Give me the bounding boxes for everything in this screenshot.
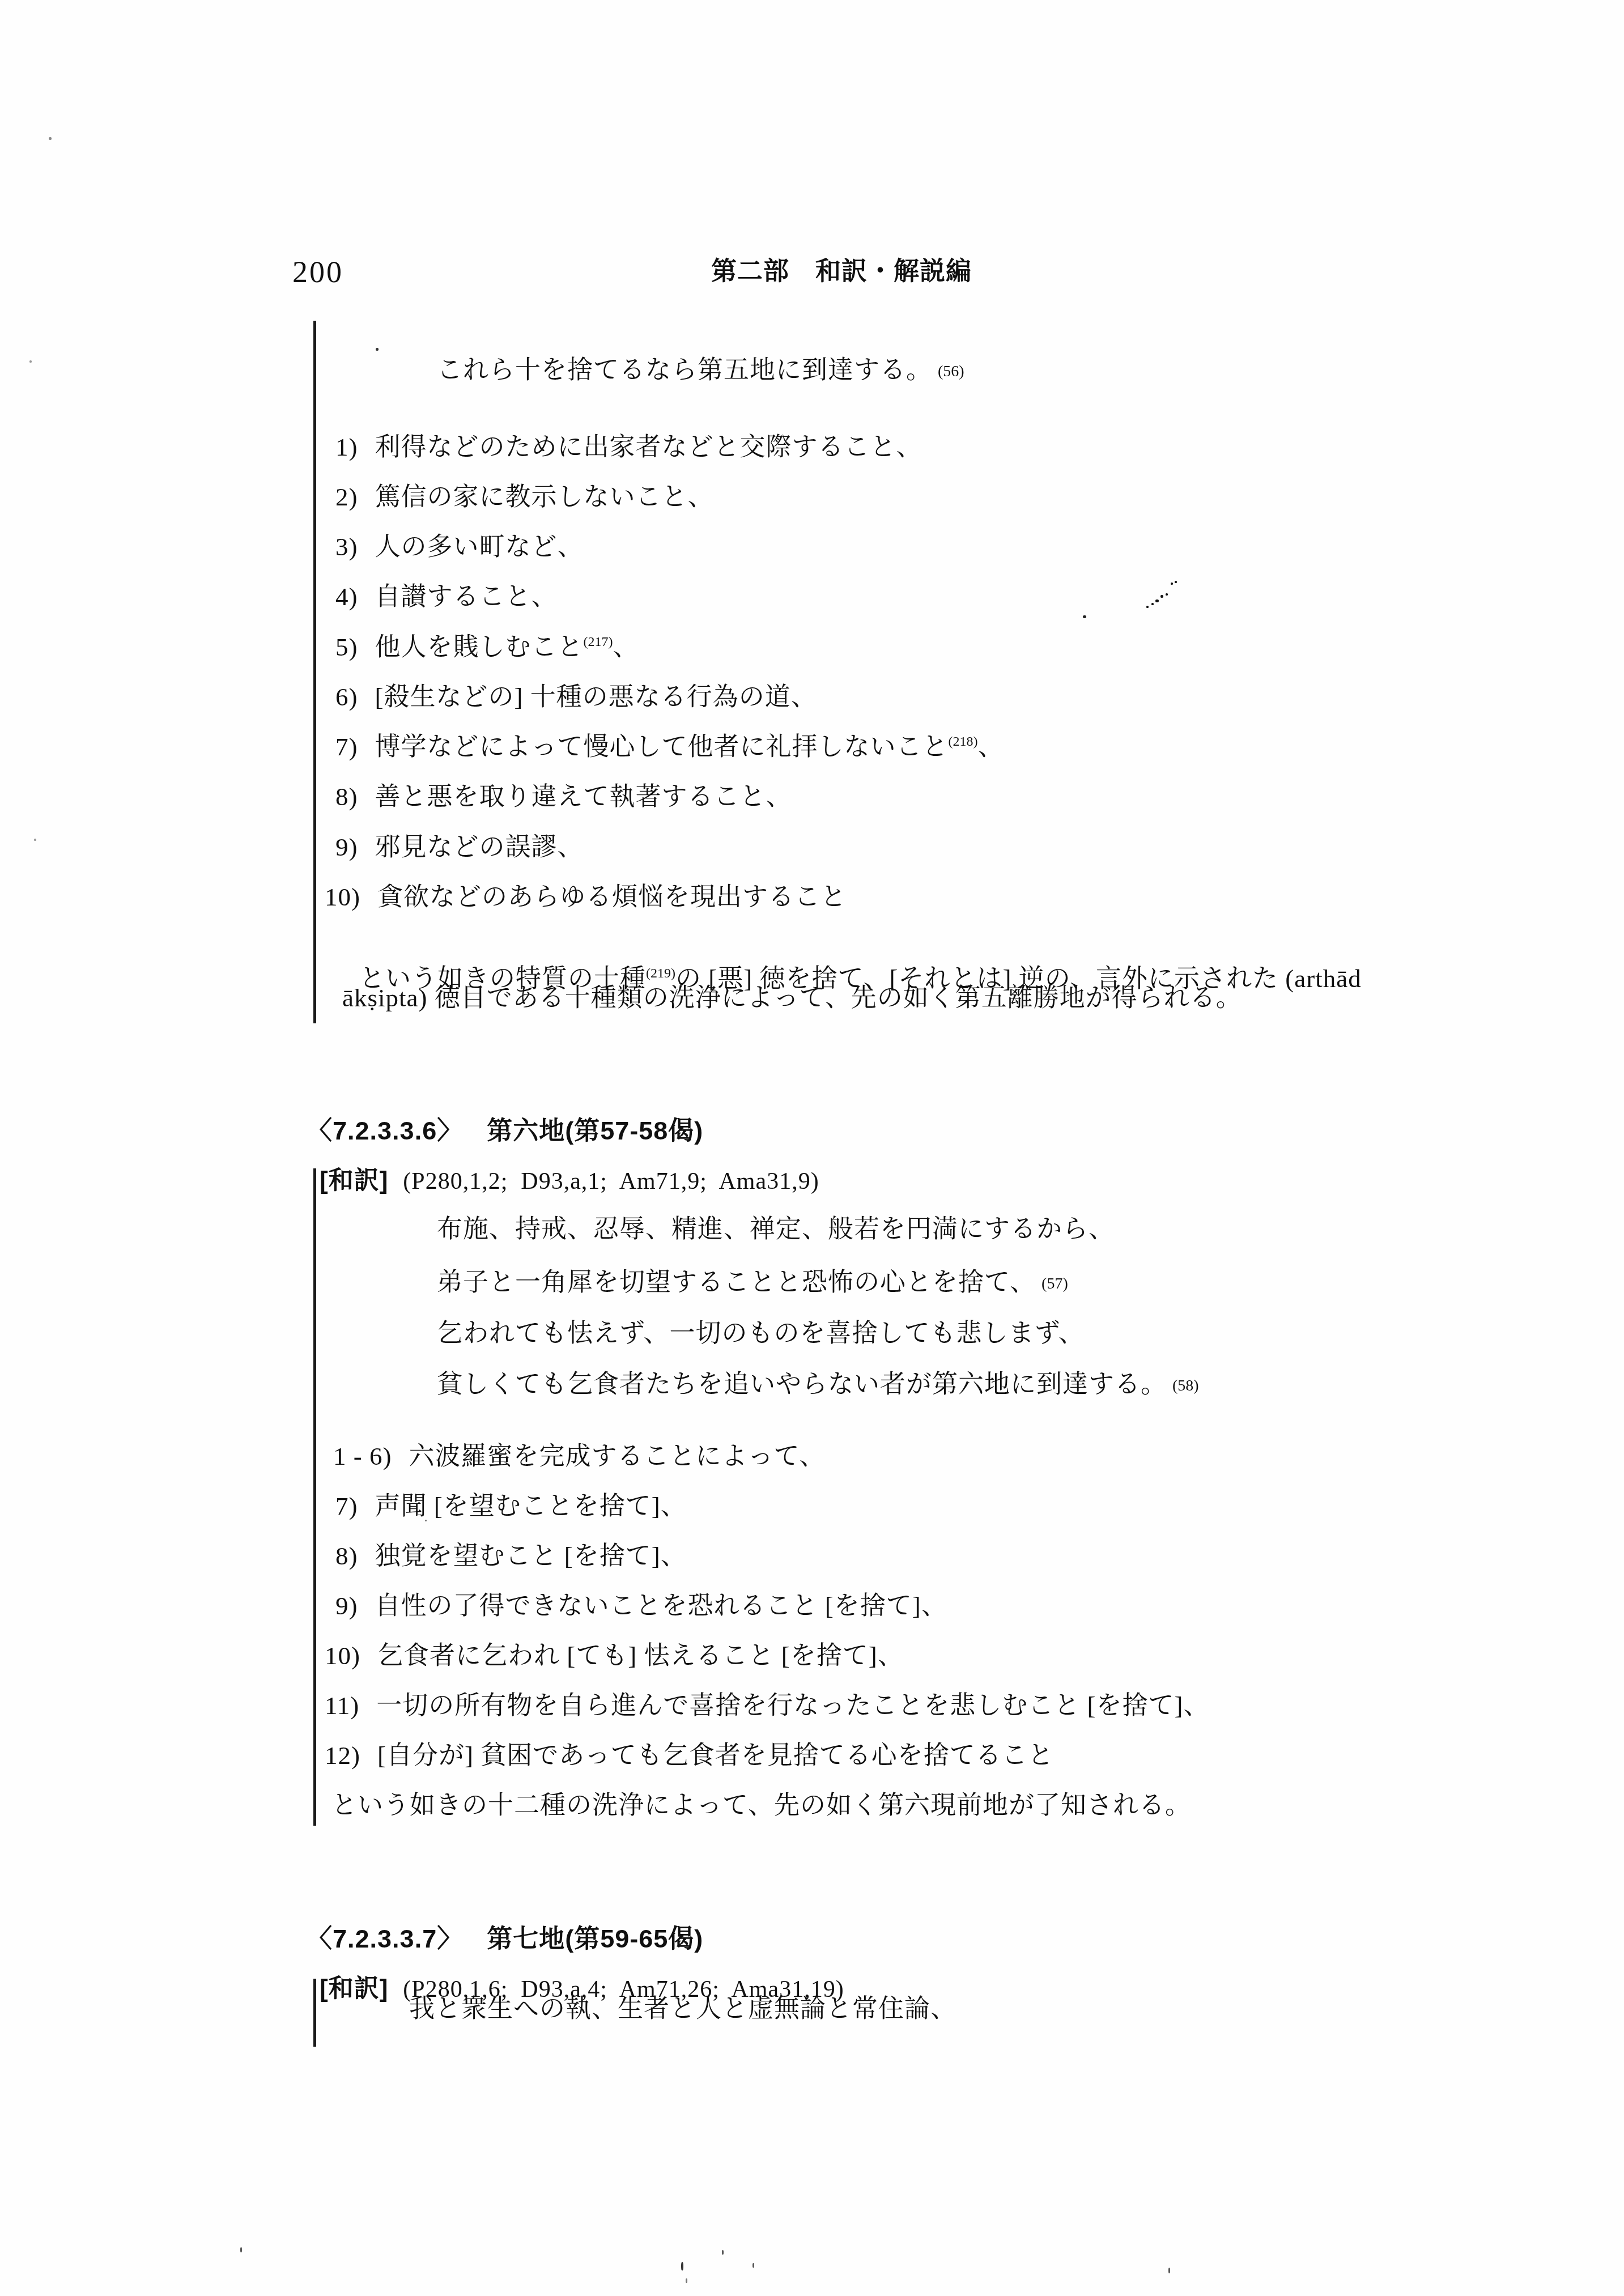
item-text: 自讃すること、 <box>375 582 558 611</box>
scan-speck <box>1083 615 1086 618</box>
item-number: 7) <box>335 732 358 762</box>
item-text: 一切の所有物を自ら進んで喜捨を行なったことを悲しむこと [を捨て]、 <box>376 1691 1209 1720</box>
scan-speck <box>1168 2268 1170 2273</box>
item-number: 9) <box>335 1591 358 1621</box>
list-item: 4)自讃すること、 <box>335 581 558 612</box>
list-item: 7)声聞 [を望むことを捨て]、 <box>335 1491 687 1521</box>
item-text: 邪見などの誤謬、 <box>375 833 584 861</box>
scan-speck <box>722 2250 724 2255</box>
scan-speck <box>240 2247 242 2252</box>
scan-speck <box>833 1320 835 1322</box>
item-number: 9) <box>335 832 358 862</box>
scan-speck <box>1146 606 1149 608</box>
scan-speck <box>1155 599 1159 602</box>
verse-quote: これら十を捨てるなら第五地に到達する。(56) <box>409 324 964 416</box>
item-number: 1 - 6) <box>333 1441 392 1472</box>
verse-line: 我と衆生への執、生者と人と虚無論と常住論、 <box>409 1993 956 2024</box>
item-number: 10) <box>325 882 360 912</box>
list-item: 6)[殺生などの] 十種の悪なる行為の道、 <box>335 682 817 712</box>
item-text: 他人を賎しむこと <box>375 633 584 661</box>
list-item: 9)自性の了得できないことを恐れること [を捨て]、 <box>335 1591 947 1621</box>
list-item: 2)篤信の家に教示しないこと、 <box>335 482 714 512</box>
list-item: 9)邪見などの誤謬、 <box>335 832 584 862</box>
verse-line: 貧しくても乞食者たちを追いやらない者が第六地に到達する。(58) <box>409 1338 1199 1430</box>
list-item: 11)一切の所有物を自ら進んで喜捨を行なったことを悲しむこと [を捨て]、 <box>325 1690 1210 1721</box>
scan-speck <box>1175 581 1177 583</box>
scan-speck <box>1160 595 1163 598</box>
scan-speck <box>29 360 32 363</box>
item-text: 声聞 [を望むことを捨て]、 <box>375 1492 687 1520</box>
list-item: 8)独覚を望むこと [を捨て]、 <box>335 1541 687 1571</box>
scan-speck <box>34 839 36 841</box>
item-number: 5) <box>335 632 358 662</box>
verse-number: (56) <box>938 363 964 380</box>
item-text: 六波羅蜜を完成することによって、 <box>409 1442 825 1470</box>
item-number: 8) <box>335 1541 358 1571</box>
item-text: 善と悪を取り違えて執著すること、 <box>375 783 792 811</box>
item-text: 博学などによって慢心して他者に礼拝しないこと <box>375 733 949 761</box>
scan-speck <box>681 2262 683 2271</box>
closing-paragraph-line: ākṣipta) 徳目である十種類の洗浄によって、先の如く第五離勝地が得られる。 <box>342 983 1242 1013</box>
item-text: 篤信の家に教示しないこと、 <box>375 483 714 511</box>
list-item: 10)乞食者に乞われ [ても] 怯えること [を捨て]、 <box>325 1640 904 1671</box>
footnote-marker: (218) <box>949 734 978 749</box>
scan-speck <box>1151 603 1154 605</box>
wayaku-label: [和訳] <box>320 1975 388 2002</box>
scan-speck <box>1166 593 1168 596</box>
footnote-marker: (219) <box>646 966 675 981</box>
item-number: 3) <box>335 532 358 562</box>
item-number: 2) <box>335 482 358 512</box>
closing-paragraph-line: という如きの十二種の洗浄によって、先の如く第六現前地が了知される。 <box>331 1790 1191 1821</box>
page-number: 200 <box>292 254 343 291</box>
item-number: 6) <box>335 682 358 712</box>
item-tail: 、 <box>978 733 1004 761</box>
scan-speck <box>425 1520 427 1521</box>
item-text: 貪欲などのあらゆる煩悩を現出すること <box>377 883 847 911</box>
footnote-marker: (217) <box>584 635 613 649</box>
item-text: [自分が] 貧困であっても乞食者を見捨てる心を捨てること <box>377 1741 1054 1770</box>
item-number: 4) <box>335 581 358 612</box>
item-text: [殺生などの] 十種の悪なる行為の道、 <box>375 683 817 711</box>
item-text: 乞食者に乞われ [ても] 怯えること [を捨て]、 <box>377 1642 904 1670</box>
verse-quote-text: これら十を捨てるなら第五地に到達する。 <box>437 356 932 384</box>
item-text: 利得などのために出家者などと交際すること、 <box>375 433 922 461</box>
scanned-document-page: 200 第二部 和訳・解説編 これら十を捨てるなら第五地に到達する。(56) 1… <box>0 0 1624 2296</box>
wayaku-label: [和訳] <box>320 1167 388 1194</box>
list-item: 10)貪欲などのあらゆる煩悩を現出すること <box>325 882 847 912</box>
scan-speck <box>753 2263 754 2268</box>
scan-speck <box>686 2278 687 2283</box>
item-text: 人の多い町など、 <box>375 533 584 561</box>
item-tail: 、 <box>613 633 639 661</box>
list-item: 5)他人を賎しむこと(217)、 <box>335 632 639 662</box>
list-item: 1 - 6)六波羅蜜を完成することによって、 <box>333 1441 826 1472</box>
list-item: 12)[自分が] 貧困であっても乞食者を見捨てる心を捨てること <box>325 1740 1054 1771</box>
verse-number: (58) <box>1172 1377 1199 1394</box>
item-number: 8) <box>335 781 358 812</box>
item-text: 独覚を望むこと [を捨て]、 <box>375 1542 687 1570</box>
item-text: 自性の了得できないことを恐れること [を捨て]、 <box>375 1592 947 1620</box>
list-item: 1)利得などのために出家者などと交際すること、 <box>335 432 922 462</box>
item-number: 1) <box>335 432 358 462</box>
item-number: 10) <box>325 1640 360 1671</box>
item-number: 12) <box>325 1740 360 1771</box>
quote-margin-rule <box>313 321 316 1023</box>
quote-margin-rule <box>313 1979 316 2047</box>
verse-text: 貧しくても乞食者たちを追いやらない者が第六地に到達する。 <box>437 1370 1167 1398</box>
list-item: 7)博学などによって慢心して他者に礼拝しないこと(218)、 <box>335 732 1004 762</box>
running-head: 第二部 和訳・解説編 <box>711 256 972 287</box>
scan-speck <box>49 137 52 140</box>
item-number: 7) <box>335 1491 358 1521</box>
list-item: 3)人の多い町など、 <box>335 532 584 562</box>
item-number: 11) <box>325 1690 359 1721</box>
scan-speck <box>376 348 379 351</box>
scan-speck <box>1171 582 1173 585</box>
list-item: 8)善と悪を取り違えて執著すること、 <box>335 781 792 812</box>
quote-margin-rule <box>313 1168 316 1826</box>
